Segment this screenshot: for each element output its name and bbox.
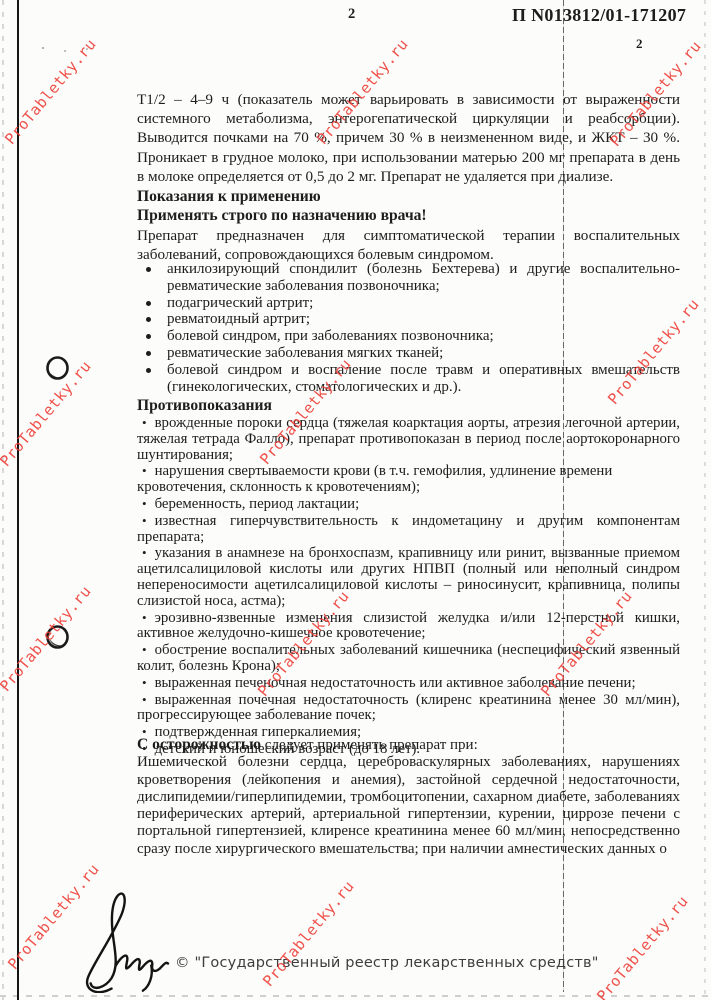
precautions-section: С осторожностью следует применять препар… (137, 736, 680, 858)
list-item: эрозивно-язвенные изменения слизистой же… (137, 610, 680, 643)
contraindications-list: врожденные пороки сердца (тяжелая коаркт… (137, 415, 680, 758)
watermark-text: ProTabletky.ru (259, 877, 358, 990)
list-item: подагрический артрит; (137, 295, 680, 312)
list-item: болевой синдром, при заболеваниях позвон… (137, 328, 680, 345)
copyright-text: © "Государственный реестр лекарственных … (175, 955, 599, 971)
indications-section: Показания к применению Применять строго … (137, 187, 680, 265)
precautions-paragraph: Ишемической болезни сердца, цереброваску… (137, 754, 680, 858)
hole-punch-icon (44, 354, 71, 388)
page-number: 2 (348, 6, 355, 23)
page-number-secondary: 2 (636, 36, 643, 52)
list-item: указания в анамнезе на бронхоспазм, крап… (137, 545, 680, 609)
list-item: болевой синдром и воспаление после травм… (137, 362, 680, 396)
contraindications-heading: Противопоказания (137, 397, 680, 415)
list-item: выраженная почечная недостаточность (кли… (137, 692, 680, 725)
list-item: ревматоидный артрит; (137, 311, 680, 328)
list-item: нарушения свертываемости крови (в т.ч. г… (137, 463, 680, 496)
pharmacokinetics-paragraph: Т1/2 – 4–9 ч (показатель может варьирова… (137, 90, 680, 186)
watermark-text: ProTabletky.ru (1, 35, 100, 148)
scan-noise-specks (42, 47, 44, 49)
left-border-line (17, 0, 19, 1000)
indications-subheading: Применять строго по назначению врача! (137, 206, 680, 225)
hole-punch-icon (44, 623, 71, 657)
list-item: выраженная печеночная недостаточность ил… (137, 675, 680, 692)
list-item: врожденные пороки сердца (тяжелая коаркт… (137, 415, 680, 463)
watermark-text: ProTabletky.ru (593, 892, 692, 1000)
indications-list: анкилозирующий спондилит (болезнь Бехтер… (137, 261, 680, 395)
list-item: анкилозирующий спондилит (болезнь Бехтер… (137, 261, 680, 295)
list-item: беременность, период лактации; (137, 496, 680, 513)
list-item: ревматические заболевания мягких тканей; (137, 345, 680, 362)
indications-heading: Показания к применению (137, 187, 680, 206)
indications-intro: Препарат предназначен для симптоматическ… (137, 226, 680, 265)
scanned-document-page: 2 П N013812/01-171207 2 Т1/2 – 4–9 ч (по… (0, 0, 711, 1000)
handwritten-signature (76, 888, 191, 998)
list-item: известная гиперчувствительность к индоме… (137, 513, 680, 546)
registration-number: П N013812/01-171207 (512, 5, 686, 26)
list-item: обострение воспалительных заболеваний ки… (137, 642, 680, 675)
precautions-heading: С осторожностью следует применять препар… (137, 736, 680, 754)
scan-edge-left (2, 0, 4, 1000)
scan-edge-right (704, 0, 706, 1000)
